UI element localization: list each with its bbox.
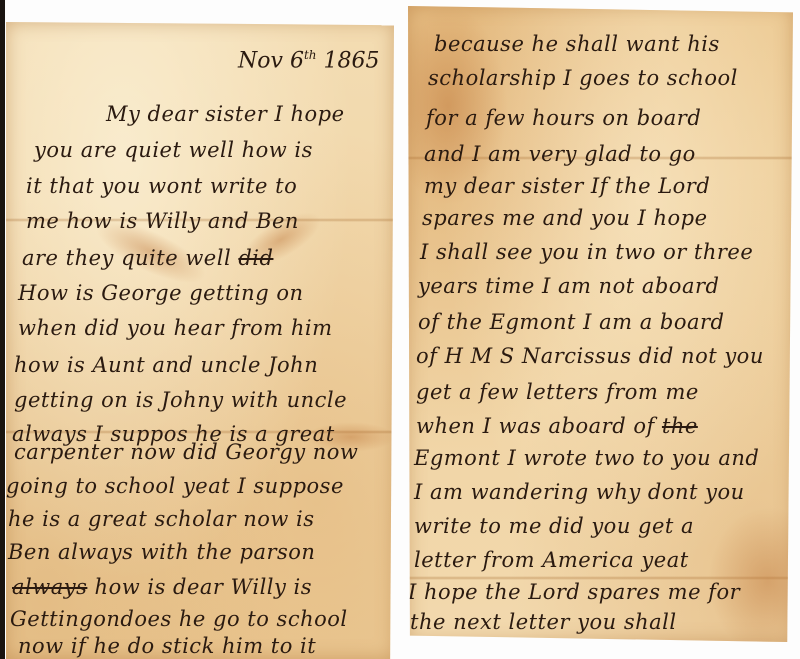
letter-line: when did you hear from him	[18, 316, 333, 340]
letter-line: carpenter now did Georgy now	[14, 440, 358, 464]
letter-date: Nov 6th 1865	[238, 48, 380, 73]
letter-line: how is Aunt and uncle John	[14, 353, 318, 377]
letter-line: I hope the Lord spares me for	[408, 580, 740, 604]
date-day: 6	[290, 48, 304, 73]
date-suffix: th	[304, 48, 317, 62]
letter-line: because he shall want his	[434, 32, 720, 56]
scan-edge-shadow	[0, 0, 5, 659]
letter-line: of H M S Narcissus did not you	[416, 344, 764, 368]
letter-line: are they quite well did	[22, 246, 273, 270]
letter-line: the next letter you shall	[410, 610, 677, 634]
letter-line: and I am very glad to go	[424, 142, 696, 166]
letter-line: spares me and you I hope	[422, 206, 708, 230]
letter-line: get a few letters from me	[416, 380, 699, 404]
letter-line: of the Egmont I am a board	[418, 310, 725, 334]
letter-line: it that you wont write to	[26, 174, 297, 198]
letter-line: now if he do stick him to it	[18, 634, 316, 658]
letter-line: when I was aboard of the	[416, 414, 698, 438]
letter-line: My dear sister I hope	[106, 102, 345, 126]
letter-line: scholarship I goes to school	[428, 66, 738, 90]
letter-line: me how is Willy and Ben	[26, 209, 299, 233]
letter-line: going to school yeat I suppose	[6, 474, 344, 498]
date-month: Nov	[238, 48, 283, 73]
letter-line: Ben always with the parson	[8, 540, 315, 564]
letter-line: always how is dear Willy is	[12, 575, 312, 599]
letter-line: Egmont I wrote two to you and	[414, 446, 759, 470]
letter-line: I am wandering why dont you	[414, 480, 745, 504]
letter-line: Gettingondoes he go to school	[10, 607, 348, 631]
letter-line: How is George getting on	[18, 281, 303, 305]
date-year: 1865	[324, 48, 380, 73]
letter-line: I shall see you in two or three	[420, 240, 753, 264]
letter-line: write to me did you get a	[414, 514, 694, 538]
letter-line: getting on is Johny with uncle	[14, 388, 347, 412]
letter-page-left: Nov 6th 1865 My dear sister I hope you a…	[6, 22, 394, 659]
letter-page-right: because he shall want his scholarship I …	[408, 6, 793, 642]
letter-line: my dear sister If the Lord	[424, 174, 710, 198]
letter-line: years time I am not aboard	[418, 274, 719, 298]
letter-line: you are quiet well how is	[34, 138, 313, 162]
letter-line: he is a great scholar now is	[8, 507, 315, 531]
letter-line: letter from America yeat	[414, 548, 689, 572]
letter-line: for a few hours on board	[426, 106, 701, 130]
